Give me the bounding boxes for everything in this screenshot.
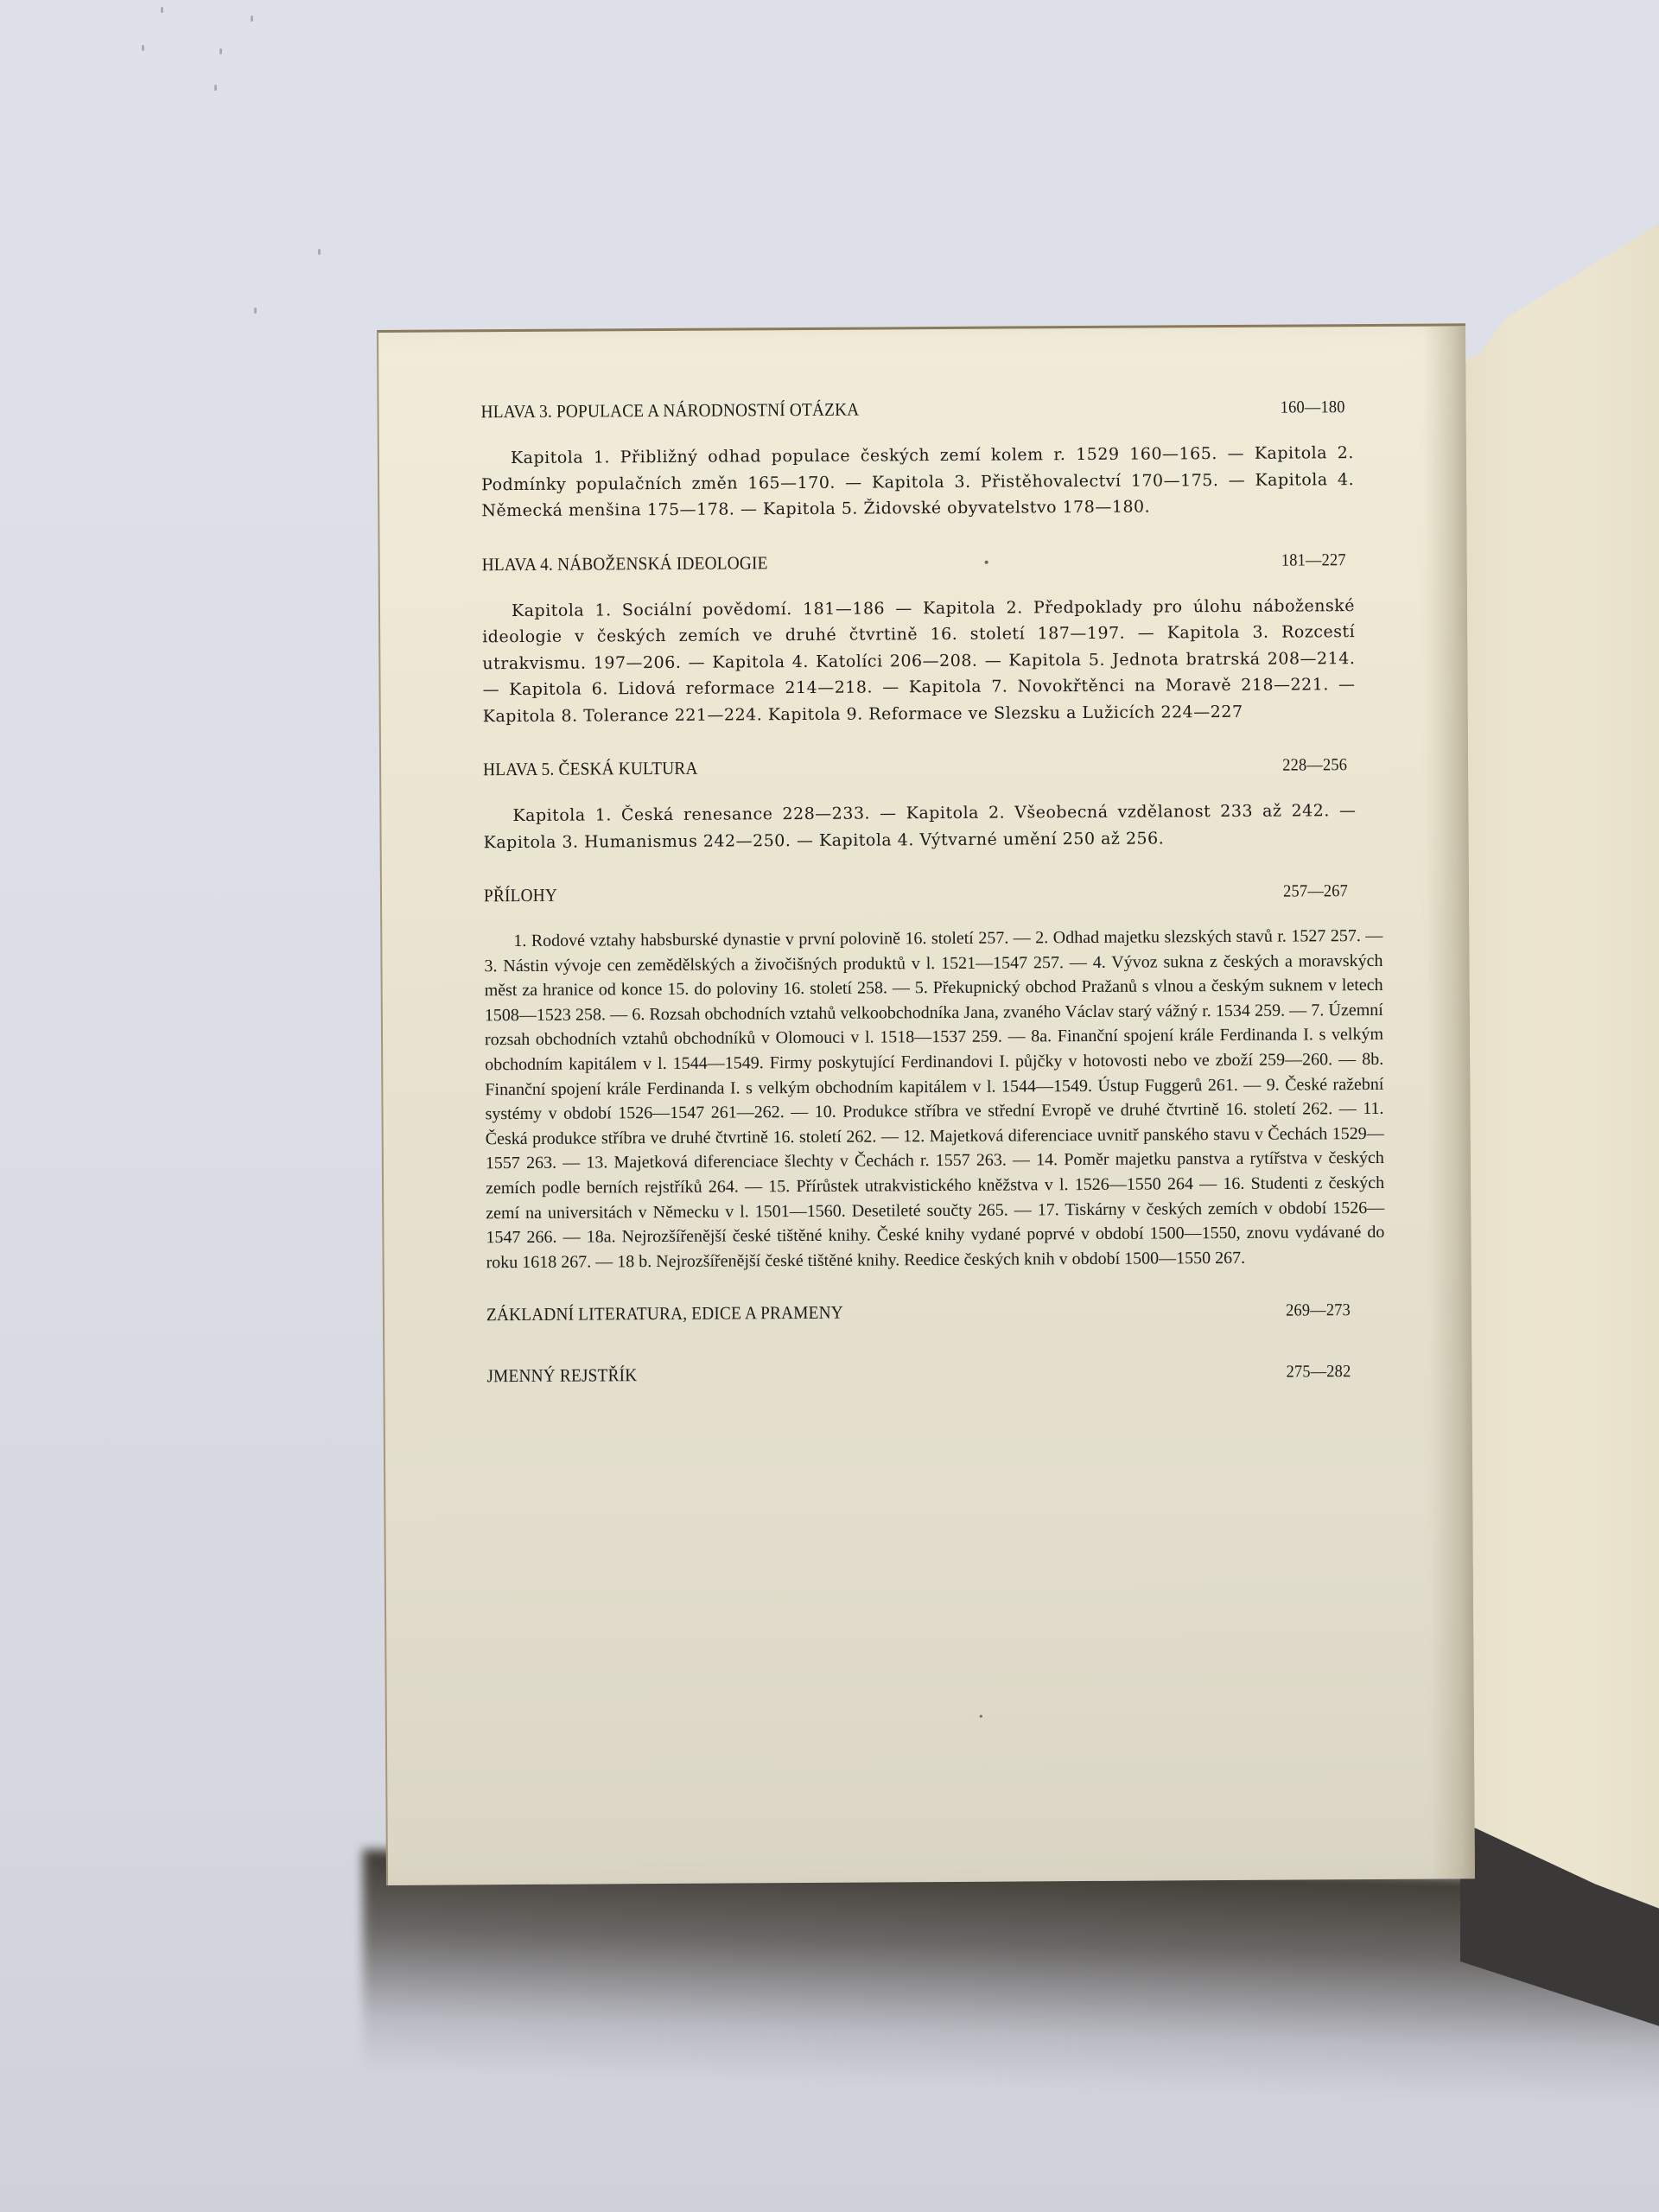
section-page-range: 181—227 bbox=[1281, 550, 1346, 570]
background-speck bbox=[219, 48, 222, 54]
background-speck bbox=[251, 16, 253, 22]
section-heading: JMENNÝ REJSTŘÍK 275—282 bbox=[486, 1360, 1351, 1387]
section-chapters: Kapitola 1. Česká renesance 228—233. — K… bbox=[483, 798, 1356, 855]
background-speck bbox=[214, 85, 217, 91]
section-heading: HLAVA 3. POPULACE A NÁRODNOSTNÍ OTÁZKA 1… bbox=[481, 396, 1345, 423]
section-page-range: 269—273 bbox=[1286, 1300, 1351, 1320]
section-title: PŘÍLOHY bbox=[484, 885, 557, 907]
toc-section-hlava-3: HLAVA 3. POPULACE A NÁRODNOSTNÍ OTÁZKA 1… bbox=[481, 396, 1407, 524]
toc-section-hlava-4: HLAVA 4. NÁBOŽENSKÁ IDEOLOGIE 181—227 Ka… bbox=[482, 548, 1408, 729]
toc-section-prilohy: PŘÍLOHY 257—267 1. Rodové vztahy habsbur… bbox=[484, 880, 1411, 1275]
left-page: HLAVA 3. POPULACE A NÁRODNOSTNÍ OTÁZKA 1… bbox=[377, 323, 1475, 1885]
background-speck bbox=[142, 45, 144, 51]
section-page-range: 160—180 bbox=[1281, 397, 1345, 417]
toc-section-hlava-5: HLAVA 5. ČESKÁ KULTURA 228—256 Kapitola … bbox=[483, 753, 1408, 856]
background-speck bbox=[318, 249, 321, 255]
background-speck bbox=[254, 308, 257, 314]
appendix-list: 1. Rodové vztahy habsburské dynastie v p… bbox=[484, 924, 1384, 1275]
section-page-range: 257—267 bbox=[1283, 881, 1348, 901]
section-title: ZÁKLADNÍ LITERATURA, EDICE A PRAMENY bbox=[486, 1302, 843, 1326]
section-heading: HLAVA 4. NÁBOŽENSKÁ IDEOLOGIE 181—227 bbox=[482, 549, 1346, 575]
section-chapters: Kapitola 1. Sociální povědomí. 181—186 —… bbox=[482, 593, 1356, 730]
section-title: HLAVA 5. ČESKÁ KULTURA bbox=[483, 758, 698, 781]
section-heading: HLAVA 5. ČESKÁ KULTURA 228—256 bbox=[483, 753, 1347, 780]
photo-scene: HLAVA 3. POPULACE A NÁRODNOSTNÍ OTÁZKA 1… bbox=[0, 0, 1659, 2212]
section-title: JMENNÝ REJSTŘÍK bbox=[486, 1364, 637, 1387]
toc-section-rejstrik: JMENNÝ REJSTŘÍK 275—282 bbox=[486, 1360, 1411, 1388]
section-page-range: 228—256 bbox=[1282, 755, 1347, 775]
table-of-contents: HLAVA 3. POPULACE A NÁRODNOSTNÍ OTÁZKA 1… bbox=[481, 396, 1412, 1427]
section-heading: PŘÍLOHY 257—267 bbox=[484, 880, 1348, 906]
section-page-range: 275—282 bbox=[1286, 1362, 1351, 1382]
background-speck bbox=[161, 7, 163, 13]
section-heading: ZÁKLADNÍ LITERATURA, EDICE A PRAMENY 269… bbox=[486, 1299, 1351, 1325]
right-page bbox=[1460, 207, 1659, 1918]
ink-speck bbox=[980, 1715, 982, 1718]
section-title: HLAVA 4. NÁBOŽENSKÁ IDEOLOGIE bbox=[482, 552, 768, 575]
toc-section-literatura: ZÁKLADNÍ LITERATURA, EDICE A PRAMENY 269… bbox=[486, 1299, 1411, 1326]
section-title: HLAVA 3. POPULACE A NÁRODNOSTNÍ OTÁZKA bbox=[481, 399, 860, 423]
section-chapters: Kapitola 1. Přibližný odhad populace čes… bbox=[481, 440, 1355, 524]
